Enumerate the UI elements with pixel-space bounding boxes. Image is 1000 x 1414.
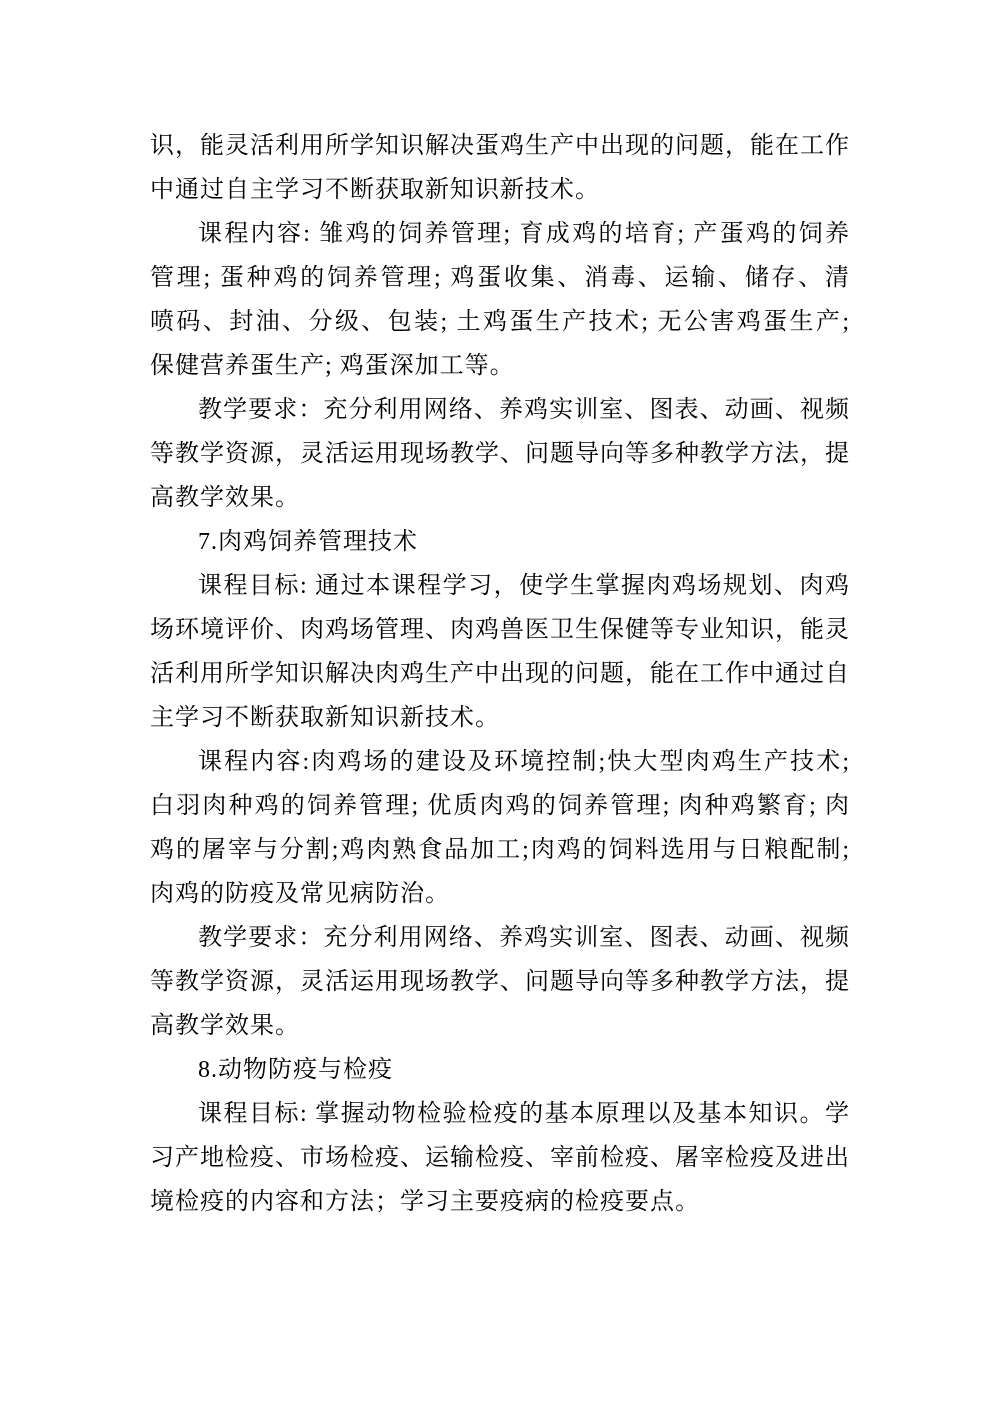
text-line: 高教学效果。 [150,476,850,520]
text-line: 高教学效果。 [150,1004,850,1048]
text-line: 教学要求：充分利用网络、养鸡实训室、图表、动画、视频 [150,916,850,960]
text-line: 鸡的屠宰与分割;鸡肉熟食品加工;肉鸡的饲料选用与日粮配制; [150,828,850,872]
text-line: 活利用所学知识解决肉鸡生产中出现的问题，能在工作中通过自 [150,652,850,696]
paragraph-teaching-requirements-laying-hens: 教学要求：充分利用网络、养鸡实训室、图表、动画、视频 等教学资源，灵活运用现场教… [150,388,850,520]
paragraph-continuation-laying-hens: 识，能灵活利用所学知识解决蛋鸡生产中出现的问题，能在工作 中通过自主学习不断获取… [150,124,850,212]
document-text-block: 识，能灵活利用所学知识解决蛋鸡生产中出现的问题，能在工作 中通过自主学习不断获取… [150,124,850,1224]
text-line: 境检疫的内容和方法；学习主要疫病的检疫要点。 [150,1180,850,1224]
text-line: 等教学资源，灵活运用现场教学、问题导向等多种教学方法，提 [150,960,850,1004]
paragraph-course-content-broiler: 课程内容:肉鸡场的建设及环境控制;快大型肉鸡生产技术; 白羽肉种鸡的饲养管理; … [150,740,850,916]
text-line: 肉鸡的防疫及常见病防治。 [150,872,850,916]
text-line: 白羽肉种鸡的饲养管理; 优质肉鸡的饲养管理; 肉种鸡繁育; 肉 [150,784,850,828]
paragraph-course-objectives-broiler: 课程目标: 通过本课程学习，使学生掌握肉鸡场规划、肉鸡 场环境评价、肉鸡场管理、… [150,564,850,740]
text-line: 识，能灵活利用所学知识解决蛋鸡生产中出现的问题，能在工作 [150,124,850,168]
paragraph-course-content-laying-hens: 课程内容: 雏鸡的饲养管理; 育成鸡的培育; 产蛋鸡的饲养 管理; 蛋种鸡的饲养… [150,212,850,388]
text-line: 等教学资源，灵活运用现场教学、问题导向等多种教学方法，提 [150,432,850,476]
text-line: 课程内容: 雏鸡的饲养管理; 育成鸡的培育; 产蛋鸡的饲养 [150,212,850,256]
heading-course-8-animal-quarantine: 8.动物防疫与检疫 [150,1048,850,1092]
section-heading: 8.动物防疫与检疫 [150,1048,850,1092]
paragraph-teaching-requirements-broiler: 教学要求：充分利用网络、养鸡实训室、图表、动画、视频 等教学资源，灵活运用现场教… [150,916,850,1048]
text-line: 课程目标: 掌握动物检验检疫的基本原理以及基本知识。学 [150,1092,850,1136]
text-line: 管理; 蛋种鸡的饲养管理; 鸡蛋收集、消毒、运输、储存、清洗、 [150,256,850,300]
section-heading: 7.肉鸡饲养管理技术 [150,520,850,564]
text-line: 保健营养蛋生产; 鸡蛋深加工等。 [150,344,850,388]
document-page: 识，能灵活利用所学知识解决蛋鸡生产中出现的问题，能在工作 中通过自主学习不断获取… [0,0,1000,1414]
text-line: 课程内容:肉鸡场的建设及环境控制;快大型肉鸡生产技术; [150,740,850,784]
text-line: 中通过自主学习不断获取新知识新技术。 [150,168,850,212]
paragraph-course-objectives-quarantine: 课程目标: 掌握动物检验检疫的基本原理以及基本知识。学 习产地检疫、市场检疫、运… [150,1092,850,1224]
text-line: 喷码、封油、分级、包装; 土鸡蛋生产技术; 无公害鸡蛋生产; [150,300,850,344]
text-line: 主学习不断获取新知识新技术。 [150,696,850,740]
heading-course-7-broiler-management: 7.肉鸡饲养管理技术 [150,520,850,564]
text-line: 教学要求：充分利用网络、养鸡实训室、图表、动画、视频 [150,388,850,432]
text-line: 课程目标: 通过本课程学习，使学生掌握肉鸡场规划、肉鸡 [150,564,850,608]
text-line: 场环境评价、肉鸡场管理、肉鸡兽医卫生保健等专业知识，能灵 [150,608,850,652]
text-line: 习产地检疫、市场检疫、运输检疫、宰前检疫、屠宰检疫及进出 [150,1136,850,1180]
